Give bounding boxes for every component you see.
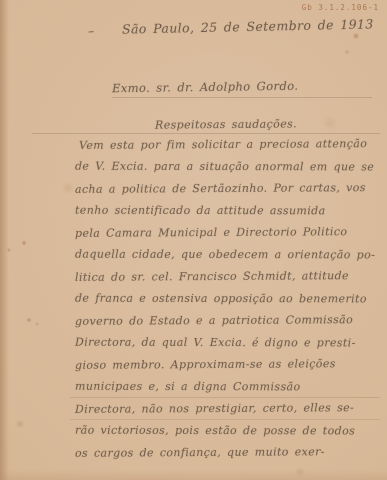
dateline: São Paulo, 25 de Setembro de 1913 (122, 16, 374, 36)
handwritten-line: tenho scientificado da attitude assumida (75, 204, 326, 218)
handwritten-line: de franca e ostensiva opposição ao benem… (75, 292, 367, 306)
handwritten-line: daquella cidade, que obedecem a orientaç… (75, 248, 375, 262)
handwritten-line: gioso membro. Approximam-se as eleições (75, 357, 336, 372)
handwritten-line: Directora, da qual V. Excia. é digno e p… (75, 336, 356, 350)
handwritten-line: litica do sr. cel. Francisco Schmidt, at… (75, 269, 349, 284)
margin-dash-mark: – (88, 24, 95, 38)
ruled-line (112, 97, 372, 98)
salutation: Exmo. sr. dr. Adolpho Gordo. (112, 79, 299, 96)
handwritten-line: governo do Estado e a patriotica Commiss… (75, 313, 353, 328)
handwritten-line: Vem esta por fim solicitar a preciosa at… (79, 137, 367, 152)
archive-reference-number: Gb 3.1.2.106-1 (302, 3, 379, 12)
handwritten-line: Directora, não nos prestigiar, certo, el… (75, 401, 354, 416)
handwritten-line: pela Camara Municipal e Directorio Polit… (75, 225, 347, 240)
letter-page: Gb 3.1.2.106-1 – São Paulo, 25 de Setemb… (0, 0, 387, 480)
handwritten-line: rão victoriosos, pois estão de posse de … (75, 424, 355, 438)
handwritten-line: os cargos de confiança, que muito exer- (75, 445, 325, 460)
ruled-line (32, 133, 380, 134)
ruled-line (70, 397, 380, 398)
handwritten-line: de V. Excia. para a situação anormal em … (75, 160, 374, 174)
handwritten-line: acha a politica de Sertãozinho. Por cart… (75, 181, 366, 196)
handwritten-line: municipaes e, si a digna Commissão (75, 380, 301, 394)
ruled-line (70, 419, 380, 420)
greeting-line: Respeitosas saudações. (155, 117, 297, 131)
